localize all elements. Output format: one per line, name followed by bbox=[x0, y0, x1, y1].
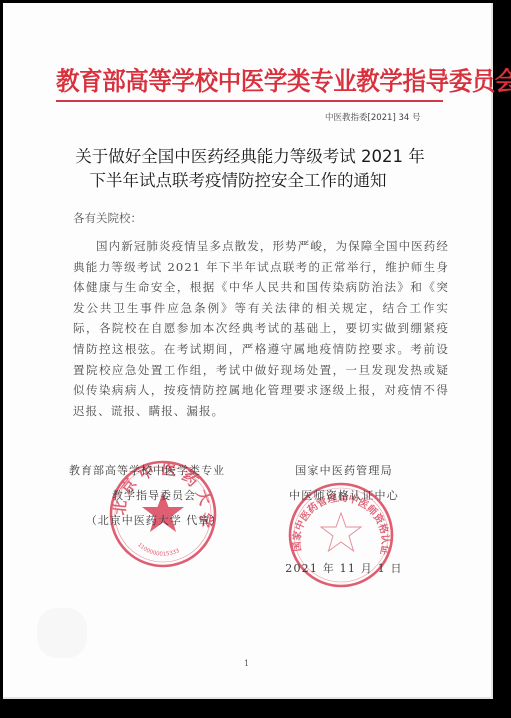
signature-block-right: 国家中医药管理局 中医师资格认证中心 2021 年 11 月 1 日 bbox=[284, 458, 404, 581]
signature-left-line-3: （北京中医药大学 代章） bbox=[69, 508, 239, 533]
svg-text:1100000015333: 1100000015333 bbox=[136, 542, 181, 558]
document-page: 教育部高等学校中医学类专业教学指导委员会 中医教指委[2021] 34 号 关于… bbox=[3, 3, 493, 699]
signature-block-left: 教育部高等学校中医学类专业 教学指导委员会 （北京中医药大学 代章） bbox=[69, 458, 239, 533]
notice-title: 关于做好全国中医药经典能力等级考试 2021 年 下半年试点联考疫情防控安全工作… bbox=[3, 145, 493, 193]
scan-smudge bbox=[37, 608, 87, 658]
signature-right-line-1: 国家中医药管理局 bbox=[284, 458, 404, 483]
salutation: 各有关院校： bbox=[73, 210, 142, 226]
page-number: 1 bbox=[244, 659, 249, 668]
signature-left-line-1: 教育部高等学校中医学类专业 bbox=[69, 458, 239, 483]
signature-left-line-2: 教学指导委员会 bbox=[69, 483, 239, 508]
header-red-rule bbox=[56, 100, 443, 102]
body-paragraph: 国内新冠肺炎疫情呈多点散发，形势严峻，为保障全国中医药经典能力等级考试 2021… bbox=[73, 236, 449, 421]
notice-title-line-1: 关于做好全国中医药经典能力等级考试 2021 年 bbox=[3, 145, 493, 169]
issue-date: 2021 年 11 月 1 日 bbox=[284, 556, 404, 581]
signature-right-line-2: 中医师资格认证中心 bbox=[284, 483, 404, 508]
document-number: 中医教指委[2021] 34 号 bbox=[325, 111, 421, 123]
issuer-header: 教育部高等学校中医学类专业教学指导委员会 bbox=[56, 61, 443, 98]
notice-title-line-2: 下半年试点联考疫情防控安全工作的通知 bbox=[3, 169, 493, 193]
